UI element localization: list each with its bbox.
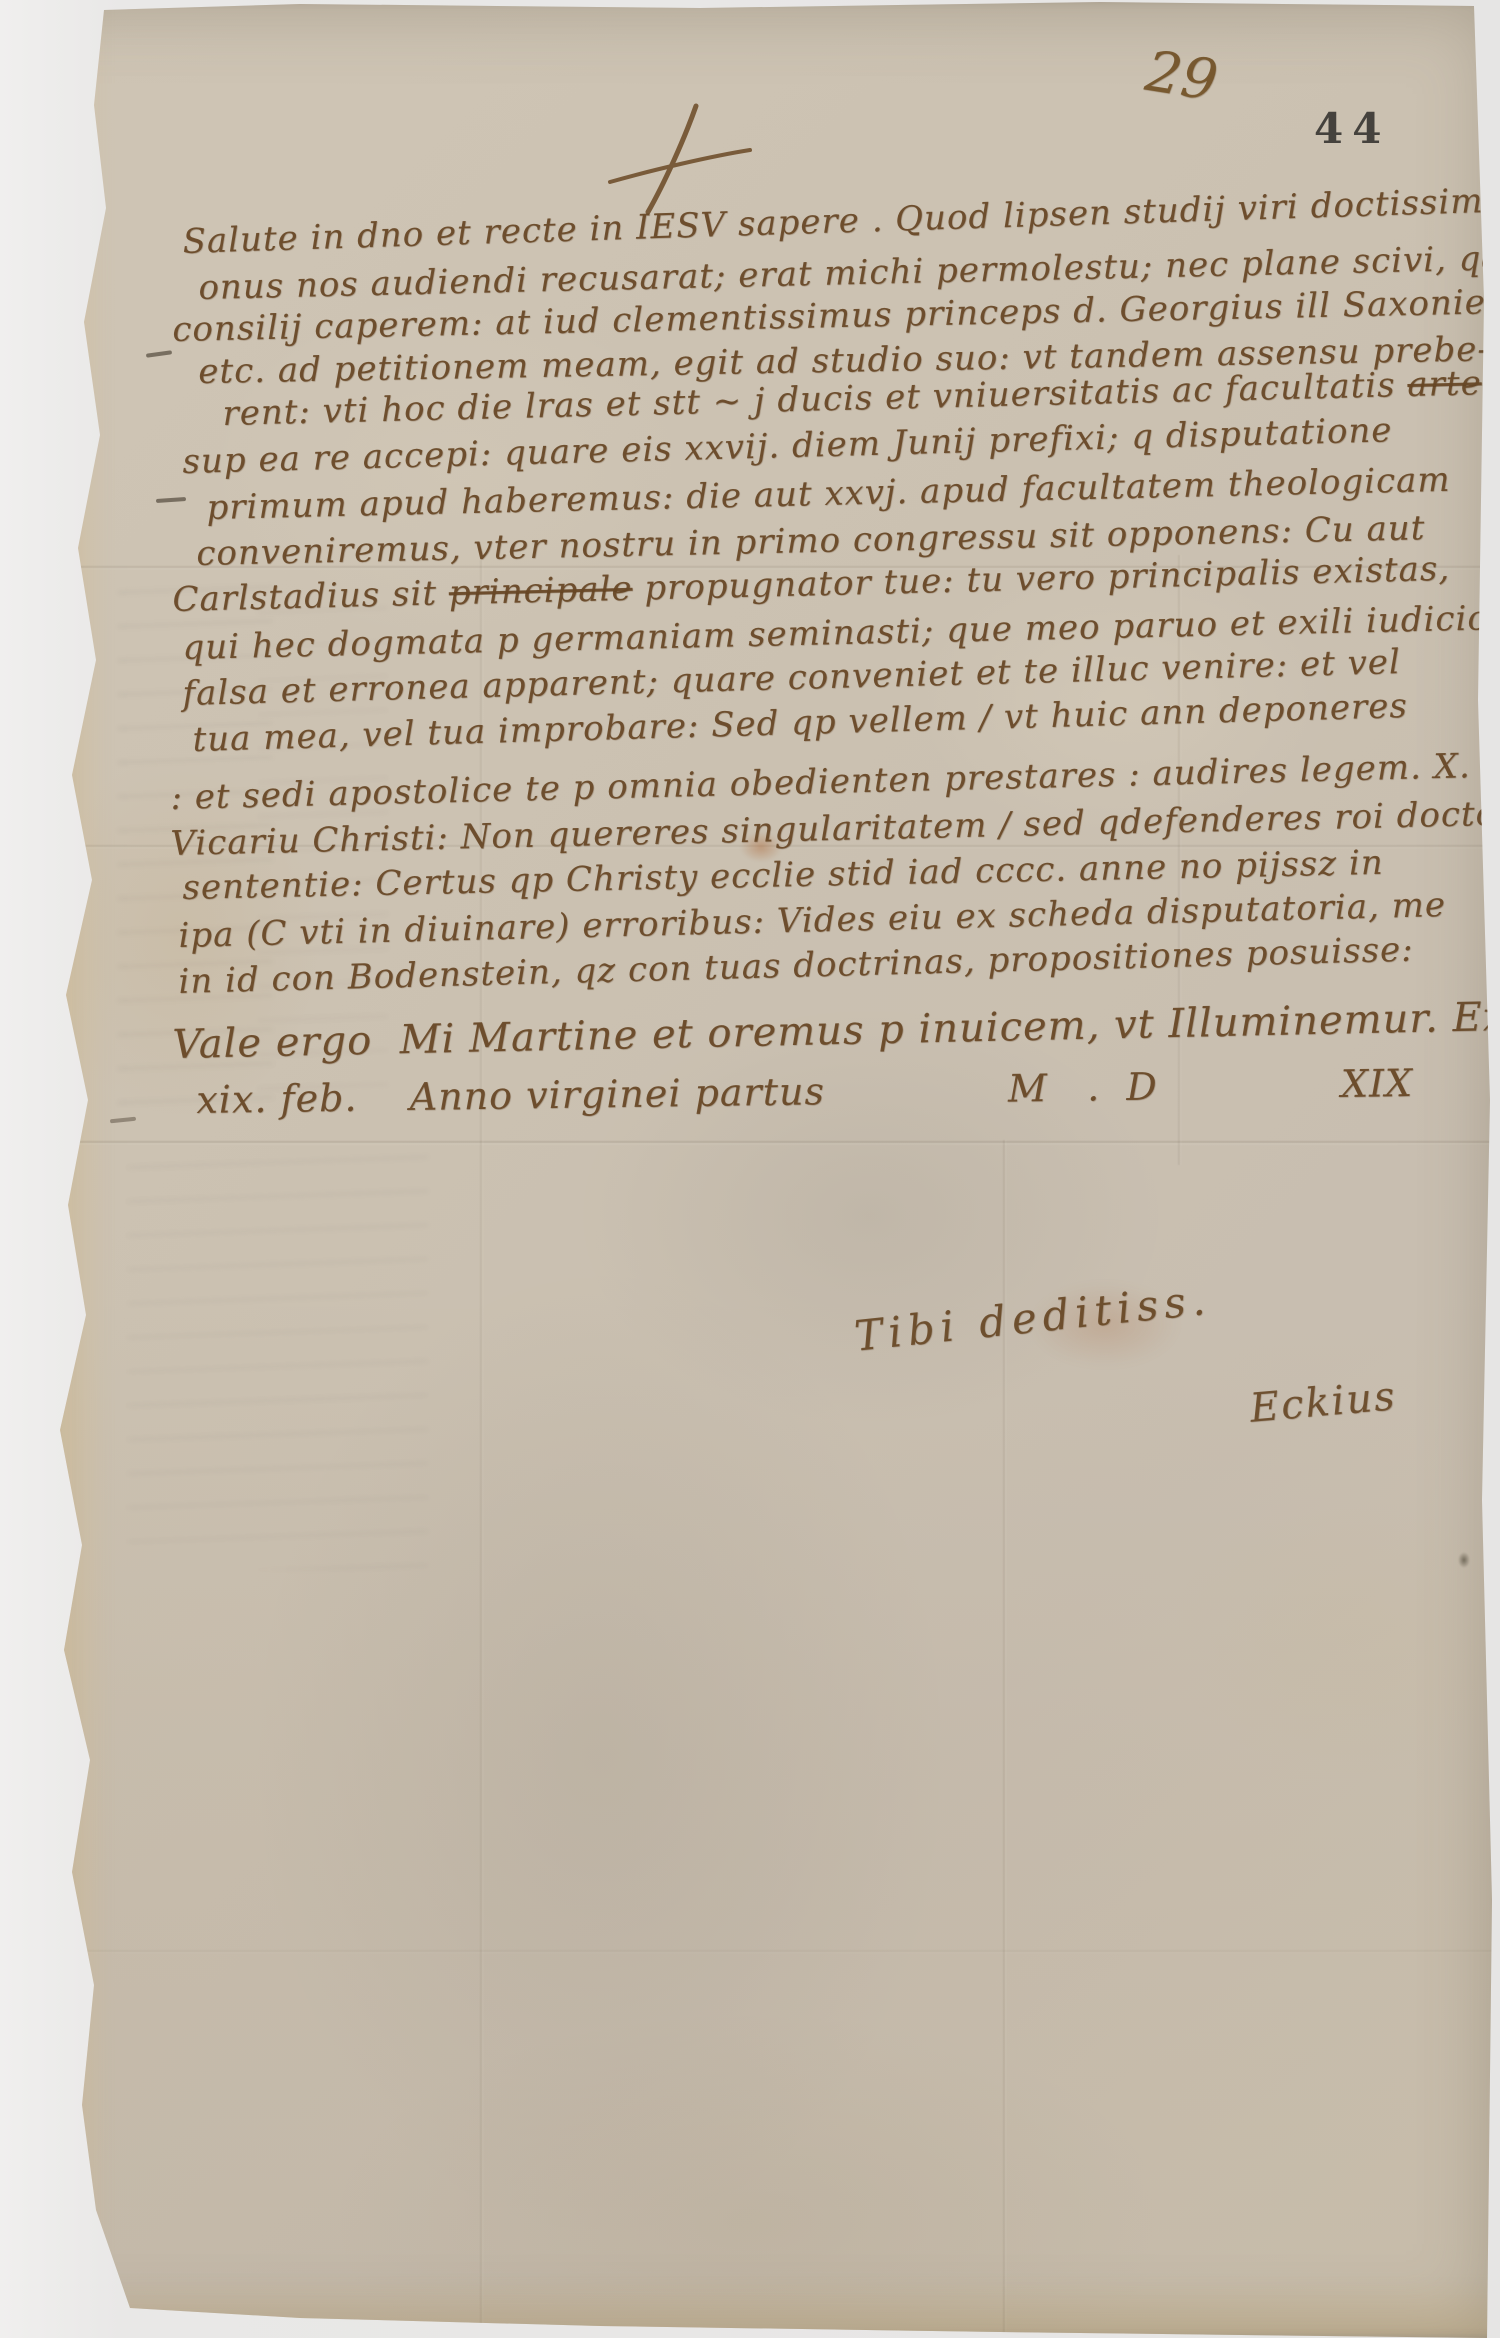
- page-stamp-number: 44: [1314, 104, 1390, 153]
- manuscript-paper: 29 44 Salute in dno et recte in IESV sap…: [0, 0, 1500, 2338]
- manuscript-line: Vale ergo Mi Martine et oremus p inuicem…: [172, 991, 1500, 1068]
- fold-crease-horizontal: [0, 1950, 1500, 1952]
- struck-word: [1488, 598, 1489, 638]
- folio-number-ink: 29: [1141, 39, 1222, 114]
- ghost-text-band: [128, 1150, 428, 1570]
- torn-left-edge: [0, 0, 110, 2338]
- line-text: Carlstadius sit: [172, 573, 449, 620]
- manuscript-line: xix. feb. Anno virginei partus M . D XIX: [196, 1061, 1413, 1122]
- margin-dash: [110, 1117, 136, 1124]
- line-text: xix. feb. Anno virginei partus M . D XIX: [196, 1061, 1413, 1122]
- margin-dash: [146, 350, 172, 358]
- struck-word: arte: [1407, 363, 1482, 405]
- line-text: Vale ergo Mi Martine et oremus p inuicem…: [172, 991, 1500, 1068]
- struck-word: [1489, 329, 1490, 369]
- margin-dash: [156, 497, 186, 503]
- torn-bottom-edge: [0, 2278, 1500, 2338]
- closing-salutation: Tibi deditiss.: [852, 1275, 1213, 1361]
- line-text: [1489, 329, 1490, 369]
- cross-icon: [592, 100, 762, 220]
- struck-word: principale: [448, 569, 633, 613]
- line-text: [1488, 598, 1489, 638]
- scan-backdrop: 29 44 Salute in dno et recte in IESV sap…: [0, 0, 1500, 2338]
- fold-crease-horizontal: [0, 1141, 1500, 1143]
- signature-eckius: Eckius: [1248, 1373, 1398, 1432]
- edge-speck: [1458, 1552, 1470, 1568]
